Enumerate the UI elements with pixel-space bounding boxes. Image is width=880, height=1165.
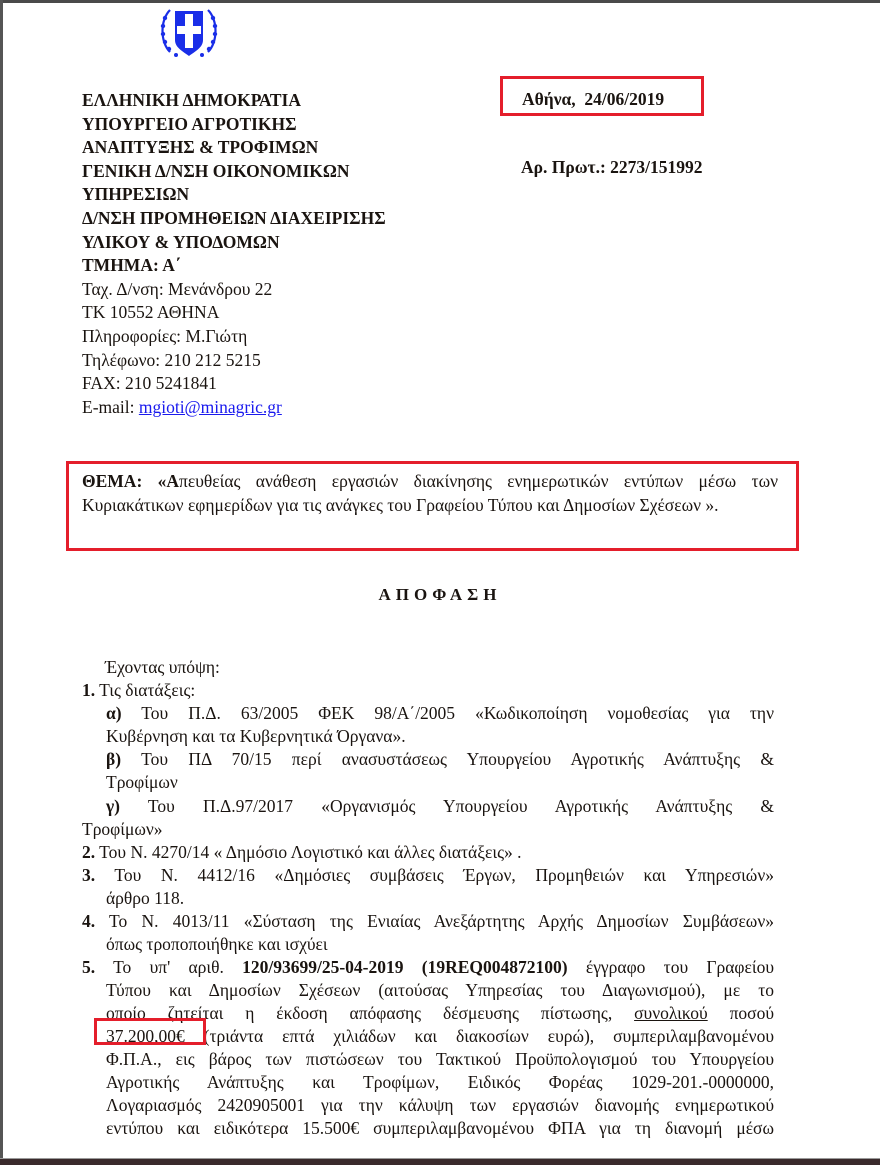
item-label: β) bbox=[106, 749, 121, 769]
window-left-border bbox=[0, 0, 3, 1165]
subject-text: πευθείας ανάθεση εργασιών διακίνησης ενη… bbox=[82, 471, 778, 515]
org-line: ΓΕΝΙΚΗ Δ/ΝΣΗ ΟΙΚΟΝΟΜΙΚΩΝ bbox=[82, 160, 386, 184]
item-1c-line1: γ) Του Π.Δ.97/2017 «Οργανισμός Υπουργείο… bbox=[106, 795, 774, 819]
item-number: 1. bbox=[82, 680, 95, 700]
sender-block: ΕΛΛΗΝΙΚΗ ΔΗΜΟΚΡΑΤΙΑ ΥΠΟΥΡΓΕΙΟ ΑΓΡΟΤΙΚΗΣ … bbox=[82, 89, 386, 419]
address-line: Ταχ. Δ/νση: Μενάνδρου 22 bbox=[82, 278, 386, 302]
amount-highlight-box bbox=[94, 1018, 206, 1045]
fax-line: FAX: 210 5241841 bbox=[82, 372, 386, 396]
phone-line: Τηλέφωνο: 210 212 5215 bbox=[82, 349, 386, 373]
reference-number: 120/93699/25-04-2019 (19REQ004872100) bbox=[242, 957, 567, 977]
document-date: Αθήνα, 24/06/2019 bbox=[522, 89, 664, 110]
item-text: Του Ν. 4270/14 « Δημόσιο Λογιστικό και ά… bbox=[95, 842, 521, 862]
department-line: ΤΜΗΜΑ: Α΄ bbox=[82, 254, 386, 278]
org-line: ΥΠΟΥΡΓΕΙΟ ΑΓΡΟΤΙΚΗΣ bbox=[82, 113, 386, 137]
item-text: Του Π.Δ. 63/2005 ΦΕΚ 98/Α΄/2005 «Κωδικοπ… bbox=[122, 703, 774, 723]
item-text: έγγραφο του Γραφείου bbox=[568, 957, 774, 977]
item-text: ποσού bbox=[708, 1003, 774, 1023]
item-4-line1: 4. Το Ν. 4013/11 «Σύσταση της Ενιαίας Αν… bbox=[82, 910, 774, 934]
item-5-line6: Αγροτικής Ανάπτυξης και Τροφίμων, Ειδικό… bbox=[106, 1071, 774, 1095]
item-text: Το Ν. 4013/11 «Σύσταση της Ενιαίας Ανεξά… bbox=[95, 911, 774, 931]
item-5-line4: 37.200,00€ (τριάντα επτά χιλιάδων και δι… bbox=[106, 1025, 774, 1049]
info-line: Πληροφορίες: Μ.Γιώτη bbox=[82, 325, 386, 349]
org-line: ΑΝΑΠΤΥΞΗΣ & ΤΡΟΦΙΜΩΝ bbox=[82, 136, 386, 160]
item-text: Το υπ' αριθ. bbox=[95, 957, 242, 977]
subject: ΘΕΜΑ: «Απευθείας ανάθεση εργασιών διακίν… bbox=[82, 470, 778, 517]
item-3-line1: 3. Του Ν. 4412/16 «Δημόσιες συμβάσεις Έρ… bbox=[82, 864, 774, 888]
email-line: E-mail: mgioti@minagric.gr bbox=[82, 396, 386, 420]
email-label: E-mail: bbox=[82, 397, 139, 417]
org-line: Δ/ΝΣΗ ΠΡΟΜΗΘΕΙΩΝ ΔΙΑΧΕΙΡΙΣΗΣ bbox=[82, 207, 386, 231]
postal-line: ΤΚ 10552 ΑΘΗΝΑ bbox=[82, 301, 386, 325]
item-1a-line1: α) Του Π.Δ. 63/2005 ΦΕΚ 98/Α΄/2005 «Κωδι… bbox=[106, 702, 774, 726]
intro-text: Έχοντας υπόψη: bbox=[105, 656, 220, 680]
item-number: 5. bbox=[82, 957, 95, 977]
org-line: ΕΛΛΗΝΙΚΗ ΔΗΜΟΚΡΑΤΙΑ bbox=[82, 89, 386, 113]
org-line: ΥΠΗΡΕΣΙΩΝ bbox=[82, 183, 386, 207]
item-text: Του ΠΔ 70/15 περί ανασυστάσεως Υπουργείο… bbox=[121, 749, 774, 769]
item-label: γ) bbox=[106, 796, 120, 816]
underlined-word: συνολικού bbox=[634, 1003, 708, 1023]
item-2: 2. Του Ν. 4270/14 « Δημόσιο Λογιστικό κα… bbox=[82, 841, 522, 865]
item-number: 2. bbox=[82, 842, 95, 862]
item-1c-line2: Τροφίμων» bbox=[82, 818, 163, 842]
greek-coat-of-arms-icon bbox=[156, 2, 222, 62]
item-5-line5: Φ.Π.Α., εις βάρος των πιστώσεων του Τακτ… bbox=[106, 1048, 774, 1072]
item-1a-line2: Κυβέρνηση και τα Κυβερνητικά Όργανα». bbox=[106, 725, 406, 749]
item-text: Τις διατάξεις: bbox=[95, 680, 195, 700]
item-label: α) bbox=[106, 703, 122, 723]
item-1b-line2: Τροφίμων bbox=[106, 771, 178, 795]
item-text: (τριάντα επτά χιλιάδων και διακοσίων ευρ… bbox=[185, 1026, 774, 1046]
item-5-line3: οποίο ζητείται η έκδοση απόφασης δέσμευσ… bbox=[106, 1002, 774, 1026]
item-number: 4. bbox=[82, 911, 95, 931]
window-top-border bbox=[0, 0, 880, 3]
item-4-line2: όπως τροποποιήθηκε και ισχύει bbox=[106, 933, 328, 957]
item-1b-line1: β) Του ΠΔ 70/15 περί ανασυστάσεως Υπουργ… bbox=[106, 748, 774, 772]
item-text: Του Ν. 4412/16 «Δημόσιες συμβάσεις Έργων… bbox=[95, 865, 774, 885]
item-5-line7: Λογαριασμός 2420905001 για την κάλυψη τω… bbox=[106, 1094, 774, 1118]
item-5-line8: εντύπου και ειδικότερα 15.500€ συμπεριλα… bbox=[106, 1117, 774, 1141]
decision-title: ΑΠΟΦΑΣΗ bbox=[0, 585, 880, 605]
item-number: 3. bbox=[82, 865, 95, 885]
protocol-number: Αρ. Πρωτ.: 2273/151992 bbox=[521, 157, 703, 178]
email-link[interactable]: mgioti@minagric.gr bbox=[139, 397, 282, 417]
item-3-line2: άρθρο 118. bbox=[106, 887, 184, 911]
item-5-line1: 5. Το υπ' αριθ. 120/93699/25-04-2019 (19… bbox=[82, 956, 774, 980]
item-text: Του Π.Δ.97/2017 «Οργανισμός Υπουργείου Α… bbox=[120, 796, 774, 816]
org-line: ΥΛΙΚΟΥ & ΥΠΟΔΟΜΩΝ bbox=[82, 231, 386, 255]
item-5-line2: Τύπου και Δημοσίων Σχέσεων (αιτούσας Υπη… bbox=[106, 979, 774, 1003]
item-1: 1. Τις διατάξεις: bbox=[82, 679, 195, 703]
subject-label: ΘΕΜΑ: «Α bbox=[82, 471, 179, 491]
window-bottom-bar bbox=[0, 1159, 880, 1165]
